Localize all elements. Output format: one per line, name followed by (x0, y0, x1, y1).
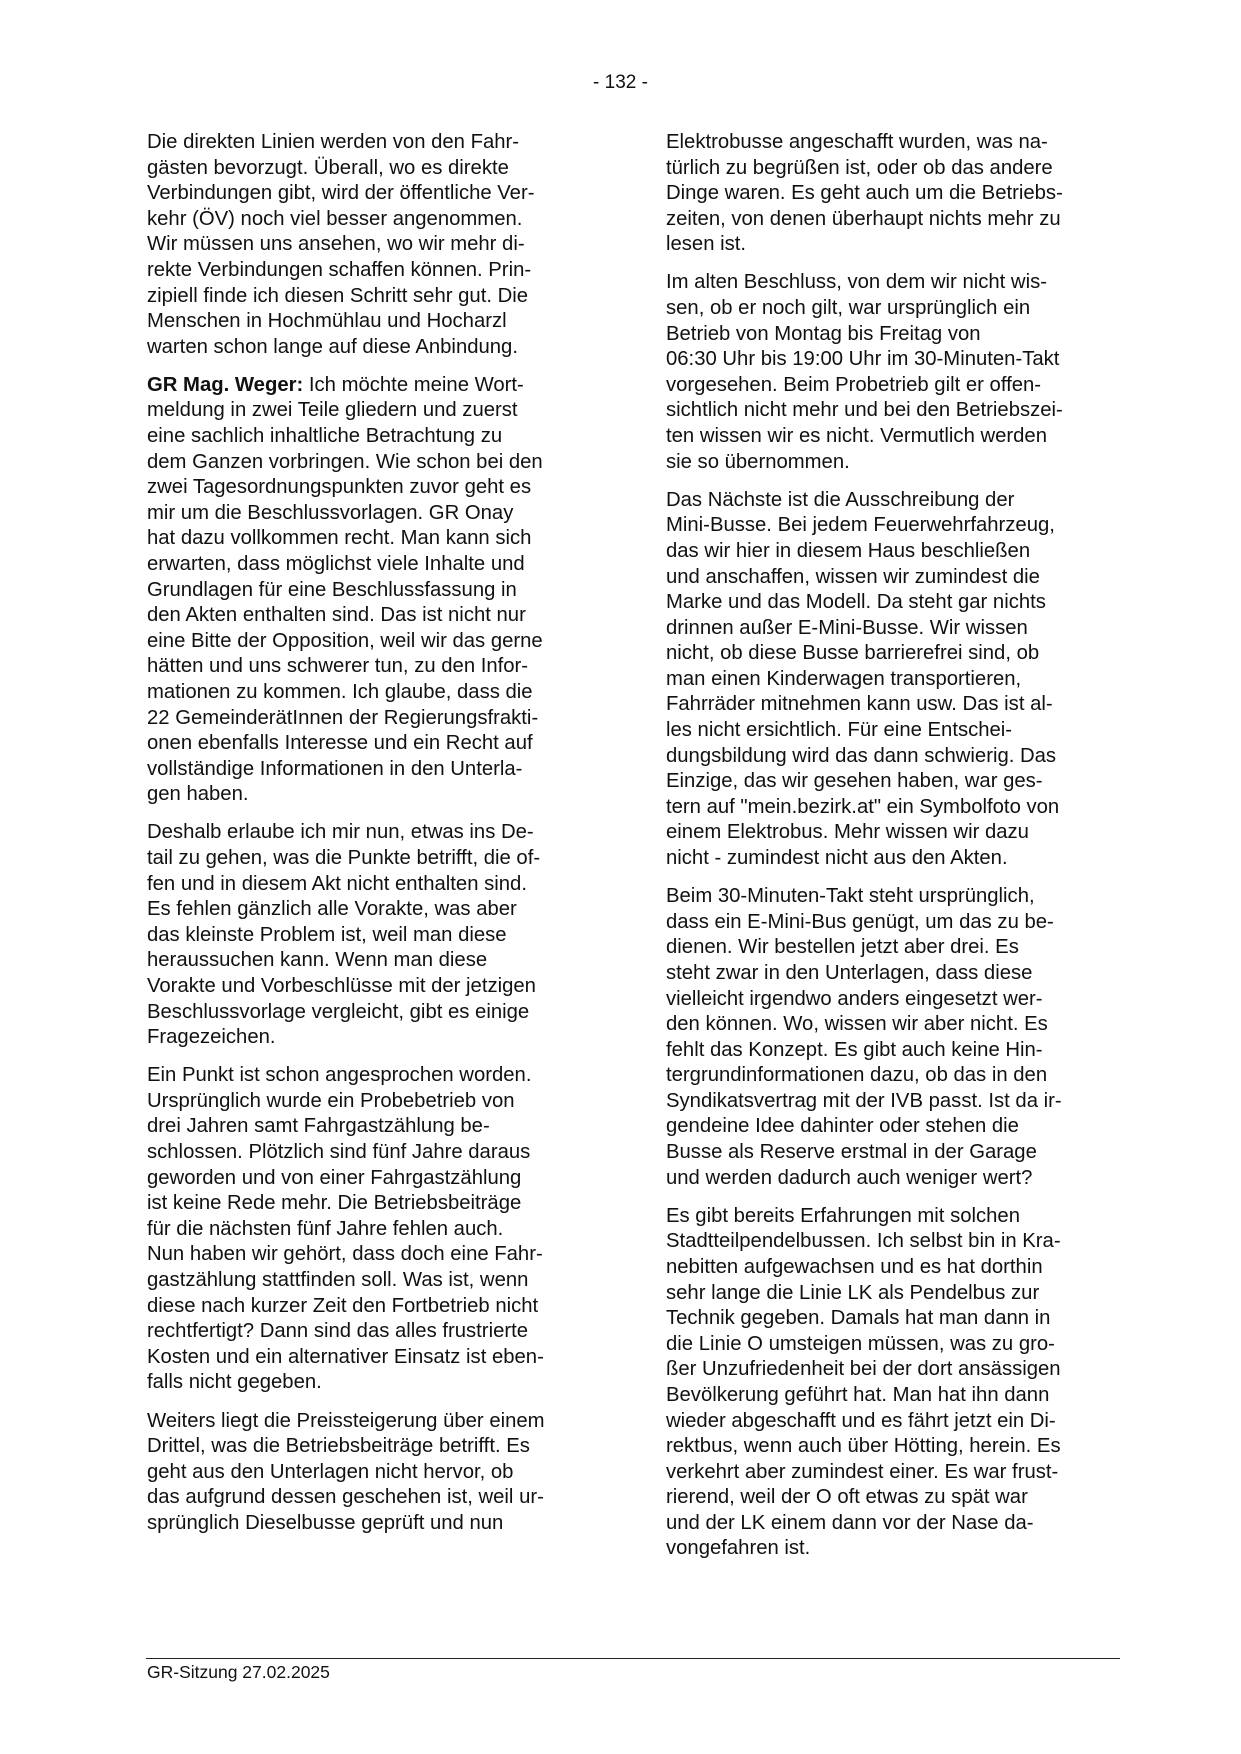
text-line: gen haben. (147, 782, 607, 808)
text-line: zipiell finde ich diesen Schritt sehr gu… (147, 284, 607, 310)
text-line: dienen. Wir bestellen jetzt aber drei. E… (666, 935, 1126, 961)
text-line: Ursprünglich wurde ein Probebetrieb von (147, 1089, 607, 1115)
text-line: Fragezeichen. (147, 1025, 607, 1051)
text-line: Das Nächste ist die Ausschreibung der (666, 488, 1126, 514)
text-line: verkehrt aber zumindest einer. Es war fr… (666, 1460, 1126, 1486)
text-line: drei Jahren samt Fahrgastzählung be- (147, 1114, 607, 1140)
text-line: und der LK einem dann vor der Nase da- (666, 1511, 1126, 1537)
text-line: und anschaffen, wissen wir zumindest die (666, 565, 1126, 591)
text-line: steht zwar in den Unterlagen, dass diese (666, 961, 1126, 987)
paragraph: Die direkten Linien werden von den Fahr-… (147, 130, 607, 360)
text-line: man einen Kinderwagen transportieren, (666, 667, 1126, 693)
text-line: 06:30 Uhr bis 19:00 Uhr im 30-Minuten-Ta… (666, 347, 1126, 373)
left-column: Die direkten Linien werden von den Fahr-… (147, 130, 607, 1549)
text-line: das wir hier in diesem Haus beschließen (666, 539, 1126, 565)
text-line: dass ein E-Mini-Bus genügt, um das zu be… (666, 910, 1126, 936)
footer-divider (146, 1658, 1120, 1659)
text-line: wieder abgeschafft und es fährt jetzt ei… (666, 1409, 1126, 1435)
text-line: dem Ganzen vorbringen. Wie schon bei den (147, 450, 607, 476)
text-line: hätten und uns schwerer tun, zu den Info… (147, 654, 607, 680)
text-line: rektbus, wenn auch über Hötting, herein.… (666, 1434, 1126, 1460)
text-line: Wir müssen uns ansehen, wo wir mehr di- (147, 232, 607, 258)
speaker-paragraph: GR Mag. Weger: Ich möchte meine Wort- me… (147, 373, 607, 808)
text-line: ist keine Rede mehr. Die Betriebsbeiträg… (147, 1191, 607, 1217)
text-line: das aufgrund dessen geschehen ist, weil … (147, 1485, 607, 1511)
paragraph: Es gibt bereits Erfahrungen mit solchenS… (666, 1204, 1126, 1562)
text-line: schlossen. Plötzlich sind fünf Jahre dar… (147, 1140, 607, 1166)
text-line: rekte Verbindungen schaffen können. Prin… (147, 258, 607, 284)
text-line: vollständige Informationen in den Unterl… (147, 757, 607, 783)
text-line: Im alten Beschluss, von dem wir nicht wi… (666, 270, 1126, 296)
text-line: Ein Punkt ist schon angesprochen worden. (147, 1063, 607, 1089)
text-line: gästen bevorzugt. Überall, wo es direkte (147, 156, 607, 182)
text-line: rechtfertigt? Dann sind das alles frustr… (147, 1319, 607, 1345)
text-line: diese nach kurzer Zeit den Fortbetrieb n… (147, 1294, 607, 1320)
text-line: drinnen außer E-Mini-Busse. Wir wissen (666, 616, 1126, 642)
text-line: Beim 30-Minuten-Takt steht ursprünglich, (666, 884, 1126, 910)
text-line: nicht - zumindest nicht aus den Akten. (666, 846, 1126, 872)
text-line: geworden und von einer Fahrgastzählung (147, 1166, 607, 1192)
speaker-name: GR Mag. Weger: (147, 374, 303, 396)
text-line: sprünglich Dieselbusse geprüft und nun (147, 1511, 607, 1537)
text-line: hat dazu vollkommen recht. Man kann sich (147, 526, 607, 552)
text-line: kehr (ÖV) noch viel besser angenommen. (147, 207, 607, 233)
text-line: Beschlussvorlage vergleicht, gibt es ein… (147, 1000, 607, 1026)
text-line: mir um die Beschlussvorlagen. GR Onay (147, 501, 607, 527)
text-line: Vorakte und Vorbeschlüsse mit der jetzig… (147, 974, 607, 1000)
text-line: dungsbildung wird das dann schwierig. Da… (666, 744, 1126, 770)
text-line: rierend, weil der O oft etwas zu spät wa… (666, 1485, 1126, 1511)
paragraph: Weiters liegt die Preissteigerung über e… (147, 1409, 607, 1537)
text-line: heraussuchen kann. Wenn man diese (147, 948, 607, 974)
text-line: meldung in zwei Teile gliedern und zuers… (147, 398, 607, 424)
text-line: fehlt das Konzept. Es gibt auch keine Hi… (666, 1038, 1126, 1064)
text-line: mationen zu kommen. Ich glaube, dass die (147, 680, 607, 706)
text-line: ßer Unzufriedenheit bei der dort ansässi… (666, 1357, 1126, 1383)
text-line: Einzige, das wir gesehen haben, war ges- (666, 769, 1126, 795)
text-line: tail zu gehen, was die Punkte betrifft, … (147, 846, 607, 872)
text-line: den können. Wo, wissen wir aber nicht. E… (666, 1012, 1126, 1038)
text-line: zwei Tagesordnungspunkten zuvor geht es (147, 475, 607, 501)
text-line: Kosten und ein alternativer Einsatz ist … (147, 1345, 607, 1371)
text-line: den Akten enthalten sind. Das ist nicht … (147, 603, 607, 629)
text-line: eine sachlich inhaltliche Betrachtung zu (147, 424, 607, 450)
paragraph: Das Nächste ist die Ausschreibung derMin… (666, 488, 1126, 872)
text-line: Grundlagen für eine Beschlussfassung in (147, 578, 607, 604)
text-line: Es gibt bereits Erfahrungen mit solchen (666, 1204, 1126, 1230)
paragraph: Ein Punkt ist schon angesprochen worden.… (147, 1063, 607, 1396)
right-column: Elektrobusse angeschafft wurden, was na-… (666, 130, 1126, 1575)
text-line: tern auf "mein.bezirk.at" ein Symbolfoto… (666, 795, 1126, 821)
text-line: Es fehlen gänzlich alle Vorakte, was abe… (147, 897, 607, 923)
text-line: 22 GemeinderätInnen der Regierungsfrakti… (147, 706, 607, 732)
text-line: ten wissen wir es nicht. Vermutlich werd… (666, 424, 1126, 450)
text-line: und werden dadurch auch weniger wert? (666, 1166, 1126, 1192)
paragraph-continuation: meldung in zwei Teile gliedern und zuers… (147, 398, 607, 808)
text-line: erwarten, dass möglichst viele Inhalte u… (147, 552, 607, 578)
text-line: onen ebenfalls Interesse und ein Recht a… (147, 731, 607, 757)
text-line: Busse als Reserve erstmal in der Garage (666, 1140, 1126, 1166)
text-line: Nun haben wir gehört, dass doch eine Fah… (147, 1242, 607, 1268)
text-line: nicht, ob diese Busse barrierefrei sind,… (666, 641, 1126, 667)
text-line: zeiten, von denen überhaupt nichts mehr … (666, 207, 1126, 233)
text-line: Drittel, was die Betriebsbeiträge betrif… (147, 1434, 607, 1460)
text-line: vorgesehen. Beim Probetrieb gilt er offe… (666, 373, 1126, 399)
text-line: Stadtteilpendelbussen. Ich selbst bin in… (666, 1229, 1126, 1255)
text-line: Deshalb erlaube ich mir nun, etwas ins D… (147, 820, 607, 846)
text-line: tergrundinformationen dazu, ob das in de… (666, 1063, 1126, 1089)
text-line: Bevölkerung geführt hat. Man hat ihn dan… (666, 1383, 1126, 1409)
text-line: für die nächsten fünf Jahre fehlen auch. (147, 1217, 607, 1243)
text-line: les nicht ersichtlich. Für eine Entschei… (666, 718, 1126, 744)
text-line: Dinge waren. Es geht auch um die Betrieb… (666, 181, 1126, 207)
text-line: Marke und das Modell. Da steht gar nicht… (666, 590, 1126, 616)
text-line: das kleinste Problem ist, weil man diese (147, 923, 607, 949)
speech-text: Ich möchte meine Wort- (303, 374, 524, 396)
text-line: Die direkten Linien werden von den Fahr- (147, 130, 607, 156)
paragraph: Im alten Beschluss, von dem wir nicht wi… (666, 270, 1126, 475)
paragraph: Beim 30-Minuten-Takt steht ursprünglich,… (666, 884, 1126, 1191)
text-line: Mini-Busse. Bei jedem Feuerwehrfahrzeug, (666, 513, 1126, 539)
text-line: Syndikatsvertrag mit der IVB passt. Ist … (666, 1089, 1126, 1115)
text-line: Menschen in Hochmühlau und Hocharzl (147, 309, 607, 335)
text-line: Elektrobusse angeschafft wurden, was na- (666, 130, 1126, 156)
paragraph: Elektrobusse angeschafft wurden, was na-… (666, 130, 1126, 258)
text-line: sen, ob er noch gilt, war ursprünglich e… (666, 296, 1126, 322)
text-line: türlich zu begrüßen ist, oder ob das and… (666, 156, 1126, 182)
text-line: fen und in diesem Akt nicht enthalten si… (147, 872, 607, 898)
text-line: sichtlich nicht mehr und bei den Betrieb… (666, 398, 1126, 424)
text-line: Betrieb von Montag bis Freitag von (666, 322, 1126, 348)
text-line: sie so übernommen. (666, 450, 1126, 476)
text-line: Technik gegeben. Damals hat man dann in (666, 1306, 1126, 1332)
text-line: die Linie O umsteigen müssen, was zu gro… (666, 1332, 1126, 1358)
text-line: Fahrräder mitnehmen kann usw. Das ist al… (666, 692, 1126, 718)
text-line: vielleicht irgendwo anders eingesetzt we… (666, 987, 1126, 1013)
paragraph-first-line: GR Mag. Weger: Ich möchte meine Wort- (147, 373, 607, 399)
text-line: warten schon lange auf diese Anbindung. (147, 335, 607, 361)
text-line: einem Elektrobus. Mehr wissen wir dazu (666, 820, 1126, 846)
footer-session-date: GR-Sitzung 27.02.2025 (147, 1662, 330, 1683)
text-line: Weiters liegt die Preissteigerung über e… (147, 1409, 607, 1435)
paragraph: Deshalb erlaube ich mir nun, etwas ins D… (147, 820, 607, 1050)
text-line: geht aus den Unterlagen nicht hervor, ob (147, 1460, 607, 1486)
text-line: vongefahren ist. (666, 1536, 1126, 1562)
text-line: falls nicht gegeben. (147, 1370, 607, 1396)
text-line: Verbindungen gibt, wird der öffentliche … (147, 181, 607, 207)
text-line: gendeine Idee dahinter oder stehen die (666, 1114, 1126, 1140)
text-line: nebitten aufgewachsen und es hat dorthin (666, 1255, 1126, 1281)
page-number: - 132 - (0, 72, 1241, 94)
text-line: gastzählung stattfinden soll. Was ist, w… (147, 1268, 607, 1294)
text-line: lesen ist. (666, 232, 1126, 258)
text-line: sehr lange die Linie LK als Pendelbus zu… (666, 1281, 1126, 1307)
text-line: eine Bitte der Opposition, weil wir das … (147, 629, 607, 655)
